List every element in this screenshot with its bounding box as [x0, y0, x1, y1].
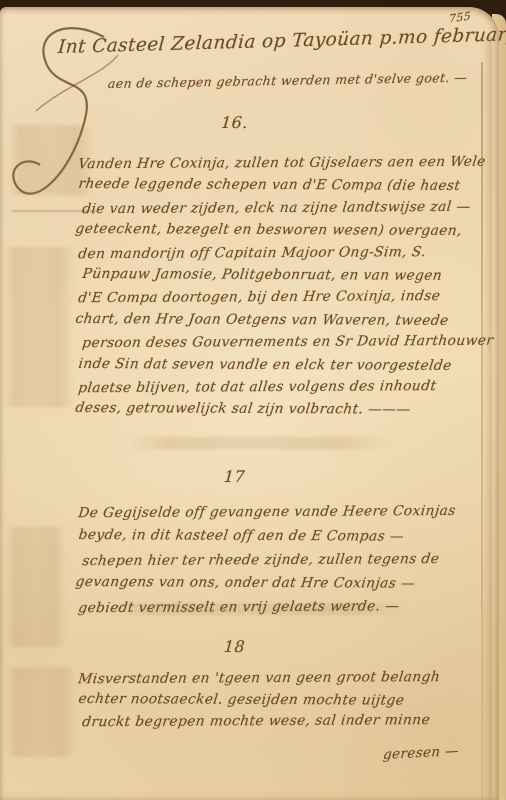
manuscript-line: De Gegijselde off gevangene vande Heere … — [76, 503, 484, 529]
bleedthrough-smudge — [6, 667, 76, 757]
manuscript-line: schepen hier ter rheede zijnde, zullen t… — [80, 550, 484, 576]
section-17-paragraph: De Gegijselde off gevangene vande Heere … — [78, 504, 483, 623]
manuscript-line: plaetse blijven, tot dat alles volgens d… — [77, 378, 485, 403]
manuscript-line: deses, getrouwelijck sal zijn volbracht.… — [74, 400, 485, 425]
section-number-16: 16. — [0, 113, 470, 132]
manuscript-line: Vanden Hre Coxinja, zullen tot Gijselaer… — [77, 154, 485, 179]
section-number-18: 18 — [0, 637, 470, 656]
manuscript-line: den mandorijn off Capitain Majoor Ong-Si… — [77, 243, 485, 268]
manuscript-line: inde Sin dat seven vandle en elck ter vo… — [77, 355, 485, 380]
manuscript-line: chart, den Hre Joan Oetgens van Waveren,… — [74, 311, 485, 336]
manuscript-line: Pünpauw Jamosie, Politgebonruat, en van … — [81, 266, 485, 290]
manuscript-scan: { "page": { "folio_number": "755", "head… — [0, 0, 506, 800]
manuscript-line: gebiedt vermisselt en vrij gelaets werde… — [76, 598, 484, 624]
page-edge-shadow — [482, 37, 492, 800]
bleedthrough-smudge — [6, 527, 66, 647]
bleedthrough-smudge — [130, 437, 390, 449]
folio-number: 755 — [449, 9, 471, 25]
section-16-paragraph: Vanden Hre Coxinja, zullen tot Gijselaer… — [78, 155, 483, 424]
manuscript-line: geteeckent, bezegelt en besworen wesen) … — [74, 221, 485, 246]
manuscript-line: rheede leggende schepen van d'E Compa (d… — [77, 176, 485, 201]
manuscript-line: persoon deses Gouvernements en Sr David … — [81, 333, 485, 358]
manuscript-line: gevangens van ons, onder dat Hre Coxinja… — [74, 574, 485, 600]
carryover-line: aen de schepen gebracht werden met d'sel… — [107, 70, 449, 91]
manuscript-line: beyde, in dit kasteel off aen de E Compa… — [77, 527, 485, 553]
catchword: geresen — — [382, 743, 459, 763]
section-number-17: 17 — [0, 467, 470, 486]
manuscript-page: 755 Int Casteel Zelandia op Tayoüan p.mo… — [0, 7, 499, 800]
section-18-paragraph: Misverstanden en 'tgeen van geen groot b… — [78, 670, 483, 735]
manuscript-line: echter nootsaeckel. geseijden mochte uij… — [77, 691, 484, 715]
manuscript-line: Misverstanden en 'tgeen van geen groot b… — [77, 669, 485, 693]
manuscript-line: druckt begrepen mochte wese, sal inder m… — [81, 712, 485, 736]
manuscript-line: d'E Compa doortogen, bij den Hre Coxinja… — [77, 288, 485, 313]
manuscript-line: die van weder zijden, elck na zijne land… — [81, 199, 485, 224]
bleedthrough-smudge — [4, 247, 74, 407]
